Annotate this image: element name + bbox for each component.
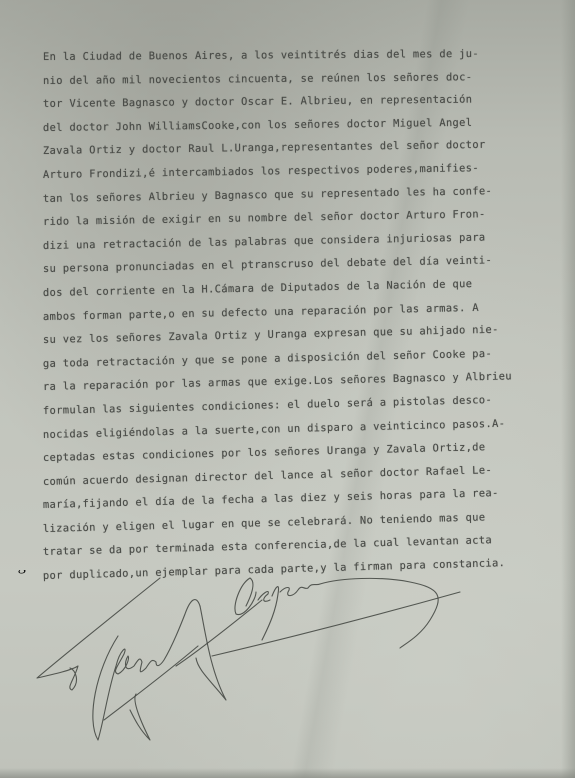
document-page: En la Ciudad de Buenos Aires, a los vein… [0, 0, 575, 778]
signature-bagnasco [37, 578, 200, 740]
signature-albrieu [176, 578, 460, 700]
typewritten-body: En la Ciudad de Buenos Aires, a los vein… [43, 46, 573, 589]
signature-2-name: O. E. Albrieu [0, 570, 85, 574]
signatures-area: Bagnasco O. E. Albrieu [0, 570, 575, 778]
